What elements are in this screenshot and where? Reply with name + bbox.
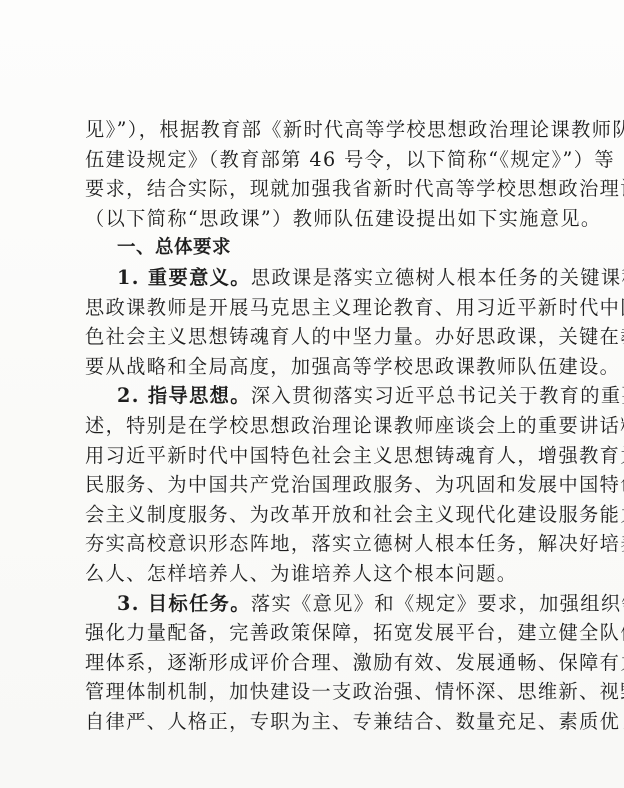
text-line: 见》”），根据教育部《新时代高等学校思想政治理论课教师队 — [85, 115, 553, 145]
intro-paragraph: 见》”），根据教育部《新时代高等学校思想政治理论课教师队 伍建设规定》（教育部第… — [85, 115, 553, 233]
text-line: 强化力量配备，完善政策保障，拓宽发展平台，建立健全队伍治 — [85, 618, 553, 648]
item-lead: 2. 指导思想。 — [117, 384, 251, 407]
item-text: 落实《意见》和《规定》要求，加强组织领导， — [251, 592, 624, 615]
text-line: 自律严、人格正，专职为主、专兼结合、数量充足、素质优良的 — [85, 707, 553, 737]
text-line: 3. 目标任务。落实《意见》和《规定》要求，加强组织领导， — [85, 589, 553, 619]
item-goals-tasks: 3. 目标任务。落实《意见》和《规定》要求，加强组织领导， 强化力量配备，完善政… — [85, 589, 553, 737]
text-line: 伍建设规定》（教育部第 46 号令，以下简称“《规定》”）等 — [85, 145, 553, 175]
text-line: 色社会主义思想铸魂育人的中坚力量。办好思政课，关键在教师。 — [85, 322, 553, 352]
item-lead: 1. 重要意义。 — [117, 266, 251, 289]
text-line: 2. 指导思想。深入贯彻落实习近平总书记关于教育的重要论 — [85, 381, 553, 411]
text-line: 1. 重要意义。思政课是落实立德树人根本任务的关键课程。 — [85, 263, 553, 293]
text-line: 管理体制机制，加快建设一支政治强、情怀深、思维新、视野广、 — [85, 677, 553, 707]
text-line: 么人、怎样培养人、为谁培养人这个根本问题。 — [85, 559, 553, 589]
text-line: （以下简称“思政课”）教师队伍建设提出如下实施意见。 — [85, 204, 553, 234]
text-line: 用习近平新时代中国特色社会主义思想铸魂育人，增强教育为人 — [85, 441, 553, 471]
text-line: 民服务、为中国共产党治国理政服务、为巩固和发展中国特色社 — [85, 470, 553, 500]
text-line: 理体系，逐渐形成评价合理、激励有效、发展通畅、保障有力的 — [85, 648, 553, 678]
text-line: 夯实高校意识形态阵地，落实立德树人根本任务，解决好培养什 — [85, 529, 553, 559]
document-body: 见》”），根据教育部《新时代高等学校思想政治理论课教师队 伍建设规定》（教育部第… — [85, 115, 553, 736]
item-lead: 3. 目标任务。 — [117, 592, 251, 615]
item-guiding-ideology: 2. 指导思想。深入贯彻落实习近平总书记关于教育的重要论 述，特别是在学校思想政… — [85, 381, 553, 588]
document-page: 见》”），根据教育部《新时代高等学校思想政治理论课教师队 伍建设规定》（教育部第… — [0, 0, 624, 788]
text-line: 要从战略和全局高度，加强高等学校思政课教师队伍建设。 — [85, 352, 553, 382]
item-text: 深入贯彻落实习近平总书记关于教育的重要论 — [251, 384, 624, 407]
text-line: 要求，结合实际，现就加强我省新时代高等学校思想政治理论课 — [85, 174, 553, 204]
text-line: 会主义制度服务、为改革开放和社会主义现代化建设服务能力， — [85, 500, 553, 530]
text-line: 述，特别是在学校思想政治理论课教师座谈会上的重要讲话精神， — [85, 411, 553, 441]
item-text: 思政课是落实立德树人根本任务的关键课程。 — [251, 266, 624, 289]
text-line: 思政课教师是开展马克思主义理论教育、用习近平新时代中国特 — [85, 293, 553, 323]
item-importance: 1. 重要意义。思政课是落实立德树人根本任务的关键课程。 思政课教师是开展马克思… — [85, 263, 553, 381]
section-heading: 一、总体要求 — [85, 233, 553, 263]
